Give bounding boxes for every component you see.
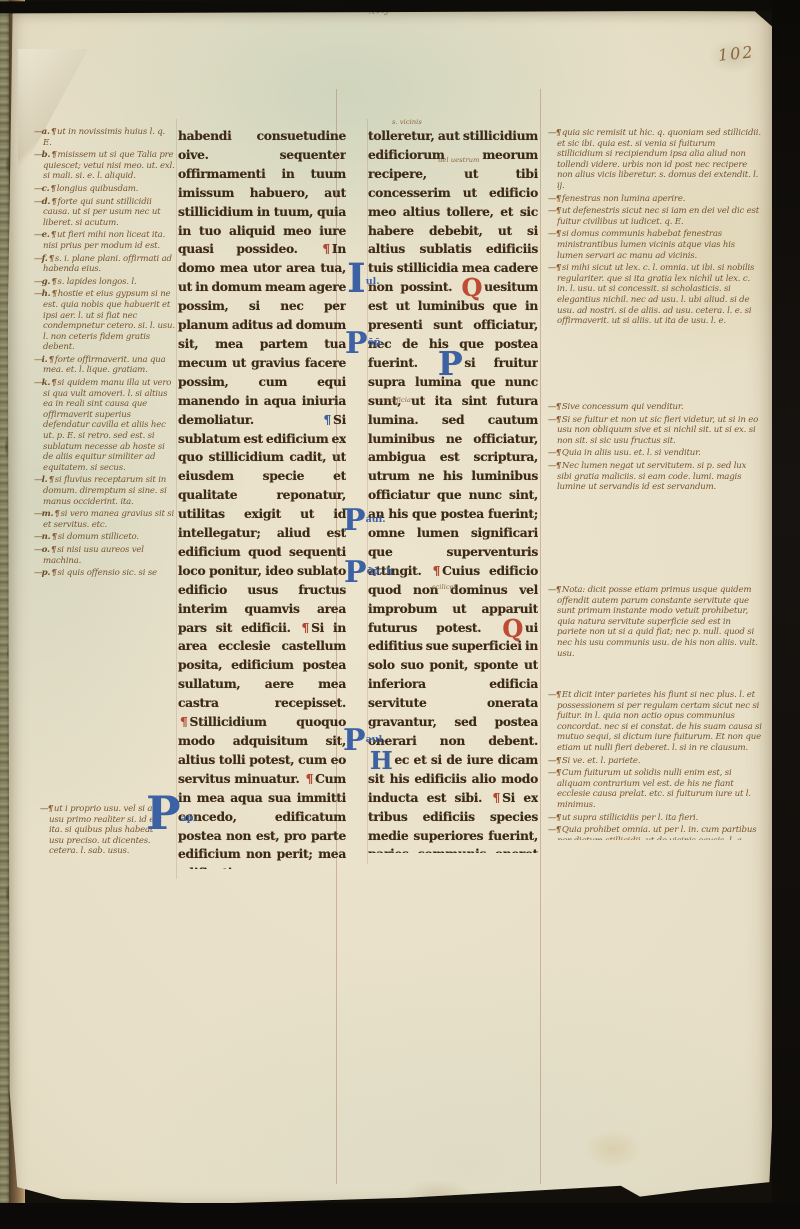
- tie-mark: —: [34, 184, 42, 194]
- left-margin-gloss-bottom: —¶ut i proprio usu. vel si a. usu primo …: [40, 804, 162, 866]
- gloss-entry: —¶ut supra stillicidiis per l. ita fieri…: [548, 813, 762, 824]
- jurist-suffix: ul.: [366, 276, 380, 287]
- gloss-key: e.: [42, 230, 51, 240]
- red-pilcrow: ¶: [300, 620, 312, 635]
- tie-mark: —: [34, 509, 42, 519]
- jurist-suffix: aul.: [366, 734, 386, 745]
- tie-mark: —: [548, 128, 556, 138]
- gloss-text: ut i proprio usu. vel si a. usu primo re…: [49, 804, 162, 856]
- gloss-entry: —¶Et dicit inter parietes his fiunt si n…: [548, 690, 762, 754]
- jurist-suffix: ōp̄. h: [367, 566, 394, 577]
- gloss-key: g.: [42, 277, 52, 287]
- gloss-text: si mihi sicut ut lex. c. l. omnia. ut ib…: [557, 263, 754, 326]
- left-margin-gloss: —a.¶ut in novissimis huius l. q. E.—b.¶m…: [34, 127, 176, 579]
- jurist-abbreviation: Paul.: [343, 510, 386, 534]
- jurist-suffix: aul.: [366, 514, 386, 525]
- gloss-text: si fluvius receptarum sit in domum. dire…: [43, 475, 167, 506]
- gloss-text: Cum fuiturum ut solidis nulli enim est, …: [557, 768, 751, 810]
- gloss-text: ut defenestris sicut nec si iam en dei v…: [557, 206, 759, 227]
- gloss-entry: —¶ut i proprio usu. vel si a. usu primo …: [40, 804, 162, 857]
- gloss-entry: —¶fenestras non lumina aperire.: [548, 194, 762, 205]
- gloss-entry: —i.¶forte offirmaverit. una qua mea. et.…: [34, 355, 176, 376]
- tie-mark: —: [34, 289, 42, 299]
- body-text: ui edifitius sue superficiei in solo suo…: [368, 620, 538, 748]
- tie-mark: —: [34, 355, 42, 365]
- gloss-key: h.: [42, 289, 52, 299]
- gloss-key: k.: [42, 378, 52, 388]
- body-text: si fruitur supra lumina que nunc sunt, u…: [368, 355, 538, 578]
- photo-background: [772, 0, 800, 1229]
- jurist-initial: P: [343, 723, 366, 758]
- red-pilcrow: ¶: [178, 714, 190, 729]
- jurist-initial: P: [344, 555, 367, 590]
- tie-mark: —: [34, 532, 42, 542]
- tie-mark: —: [40, 804, 48, 814]
- gloss-text: si quidem manu illa ut vero si qua vult …: [43, 378, 171, 473]
- photo-background: [0, 1203, 800, 1229]
- gloss-text: misissem ut si que Talia pre quiescet; v…: [43, 150, 175, 181]
- gloss-text: quia sic remisit ut hic. q. quoniam sed …: [557, 128, 761, 191]
- gloss-text: hostie et eius gypsum si ne est. quia no…: [43, 289, 175, 352]
- gloss-entry: —g.¶s. lapides longos. l.: [34, 277, 176, 288]
- gloss-text: Si ve. et. l. pariete.: [562, 756, 640, 766]
- gloss-key: b.: [42, 150, 52, 160]
- red-pilcrow: ¶: [431, 563, 443, 578]
- gloss-entry: —¶Sive concessum qui venditur.: [548, 402, 762, 413]
- gloss-text: s. lapides longos. l.: [57, 277, 136, 287]
- manuscript-photo: xiij 102 habendi consuetudine oive. sequ…: [0, 0, 800, 1229]
- tie-mark: —: [548, 825, 556, 835]
- stain: [583, 1129, 643, 1169]
- gloss-entry: —¶Si se fuitur et non ut sic fieri videt…: [548, 415, 762, 447]
- tie-mark: —: [548, 756, 556, 766]
- body-text: In domo mea utor area tua, ut in domum m…: [178, 241, 346, 426]
- tie-mark: —: [34, 545, 42, 555]
- tie-mark: —: [34, 475, 42, 485]
- gloss-entry: —k.¶si quidem manu illa ut vero si qua v…: [34, 378, 176, 473]
- gloss-entry: —h.¶hostie et eius gypsum si ne est. qui…: [34, 289, 176, 353]
- gloss-text: forte offirmaverit. una qua mea. et. l. …: [43, 355, 166, 376]
- jurist-abbreviation: Pōp̄. h: [344, 562, 393, 586]
- gloss-text: Nec lumen negat ut servitutem. si p. sed…: [557, 461, 746, 492]
- gloss-text: Quia in aliis usu. et. l. si venditur.: [562, 448, 701, 458]
- tie-mark: —: [34, 568, 42, 578]
- right-margin-gloss-block: —¶Et dicit inter parietes his fiunt si n…: [548, 690, 762, 840]
- gloss-entry: —¶Si ve. et. l. pariete.: [548, 756, 762, 767]
- tie-mark: —: [548, 448, 556, 458]
- gloss-key: n.: [42, 532, 52, 542]
- tie-mark: —: [548, 402, 556, 412]
- gloss-text: s. i. plane plani. offirmati ad habenda …: [43, 254, 172, 275]
- tie-mark: —: [34, 150, 42, 160]
- jurist-abbreviation: Iul.: [347, 268, 380, 296]
- tie-mark: —: [34, 378, 42, 388]
- tie-mark: —: [34, 230, 42, 240]
- gloss-entry: —d.¶forte qui sunt stillicidii causa. ut…: [34, 197, 176, 229]
- tie-mark: —: [548, 813, 556, 823]
- gloss-text: Si se fuitur et non ut sic fieri videtur…: [557, 415, 758, 446]
- body-text: habendi consuetudine oive. sequenter off…: [178, 128, 346, 256]
- tie-mark: —: [548, 768, 556, 778]
- gloss-text: forte qui sunt stillicidii causa. ut si …: [43, 197, 160, 228]
- gloss-entry: —b.¶misissem ut si que Talia pre quiesce…: [34, 150, 176, 182]
- tie-mark: —: [548, 194, 556, 204]
- tie-mark: —: [548, 461, 556, 471]
- gloss-entry: —¶si domus communis habebat fenestras mi…: [548, 229, 762, 261]
- gloss-entry: —¶Quia in aliis usu. et. l. si venditur.: [548, 448, 762, 459]
- gloss-text: Quia prohibet omnia. ut per l. in. cum p…: [557, 825, 756, 840]
- gloss-entry: —¶Nec lumen negat ut servitutem. si p. s…: [548, 461, 762, 493]
- interlinear-gloss: uel uestrum: [438, 156, 479, 164]
- gloss-text: si domus communis habebat fenestras mini…: [557, 229, 735, 260]
- gloss-entry: —a.¶ut in novissimis huius l. q. E.: [34, 127, 176, 148]
- tie-mark: —: [548, 585, 556, 595]
- tie-mark: —: [34, 127, 42, 137]
- gloss-entry: —m.¶si vero manea gravius sit si et serv…: [34, 509, 176, 530]
- tie-mark: —: [548, 229, 556, 239]
- tie-mark: —: [548, 690, 556, 700]
- gloss-entry: —p.¶si quis offensio sic. si se alterius…: [34, 568, 176, 579]
- tie-mark: —: [548, 415, 556, 425]
- gloss-entry: —c.¶longius quibusdam.: [34, 184, 176, 195]
- gloss-text: si quis offensio sic. si se alterius gra…: [43, 568, 165, 579]
- jurist-abbreviation: Pōp̄.: [345, 333, 384, 357]
- gloss-key: f.: [42, 254, 49, 264]
- gloss-text: ut supra stillicidiis per l. ita fieri.: [562, 813, 698, 823]
- ruling-line: [540, 89, 541, 1184]
- red-pilcrow: ¶: [320, 241, 332, 256]
- gloss-entry: —¶Nota: dicit posse etiam primus usque q…: [548, 585, 762, 659]
- tie-mark: —: [34, 254, 42, 264]
- tie-mark: —: [34, 277, 42, 287]
- gloss-text: ut in novissimis huius l. q. E.: [43, 127, 165, 148]
- red-pilcrow: ¶: [304, 771, 316, 786]
- jurist-initial: P: [146, 786, 181, 840]
- tie-mark: —: [548, 206, 556, 216]
- right-margin-gloss-block: —¶Sive concessum qui venditur.—¶Si se fu…: [548, 402, 762, 574]
- gloss-text: longius quibusdam.: [57, 184, 139, 194]
- red-pilcrow: ¶: [491, 790, 503, 805]
- body-text: tolleretur, aut stillicidium edificiorum…: [368, 128, 538, 294]
- gloss-text: si domum stilliceto.: [58, 532, 139, 542]
- jurist-abbreviation: Pap̄.: [146, 802, 197, 833]
- tie-mark: —: [34, 197, 42, 207]
- interlinear-gloss: s. edificia: [378, 396, 411, 404]
- gloss-key: p.: [42, 568, 52, 578]
- gloss-entry: —¶ut defenestris sicut nec si iam en dei…: [548, 206, 762, 227]
- interlinear-gloss: scilicet: [432, 583, 456, 591]
- jurist-abbreviation: Paul.: [343, 730, 386, 754]
- gloss-key: m.: [42, 509, 55, 519]
- gloss-key: d.: [42, 197, 52, 207]
- folio-number: 102: [717, 42, 755, 65]
- gloss-entry: —¶si mihi sicut ut lex. c. l. omnia. ut …: [548, 263, 762, 327]
- gloss-text: fenestras non lumina aperire.: [562, 194, 685, 204]
- jurist-initial: P: [345, 326, 368, 361]
- gloss-entry: —¶Quia prohibet omnia. ut per l. in. cum…: [548, 825, 762, 840]
- gloss-text: ut fieri mihi non liceat ita. nisi prius…: [43, 230, 165, 251]
- text-column-2: tolleretur, aut stillicidium edificiorum…: [368, 127, 538, 853]
- jurist-suffix: ap̄.: [181, 813, 197, 824]
- jurist-suffix: ōp̄.: [368, 337, 384, 348]
- ruling-line: [176, 119, 177, 879]
- gloss-entry: —o.¶si nisi usu aureos vel machina.: [34, 545, 176, 566]
- gloss-key: a.: [42, 127, 51, 137]
- interlinear-gloss: s. vicinis: [392, 118, 422, 126]
- gloss-text: si nisi usu aureos vel machina.: [43, 545, 144, 566]
- gloss-entry: —f.¶s. i. plane plani. offirmati ad habe…: [34, 254, 176, 275]
- gloss-entry: —¶quia sic remisit ut hic. q. quoniam se…: [548, 128, 762, 192]
- gloss-entry: —e.¶ut fieri mihi non liceat ita. nisi p…: [34, 230, 176, 251]
- right-margin-gloss-block: —¶quia sic remisit ut hic. q. quoniam se…: [548, 128, 762, 398]
- tie-mark: —: [548, 263, 556, 273]
- gloss-text: Nota: dicit posse etiam primus usque qui…: [557, 585, 757, 659]
- jurist-initial: I: [347, 255, 366, 302]
- blue-pilcrow: ¶: [322, 412, 334, 427]
- gloss-entry: —¶Cum fuiturum ut solidis nulli enim est…: [548, 768, 762, 810]
- text-column-1: habendi consuetudine oive. sequenter off…: [178, 127, 346, 869]
- right-margin-gloss-block: —¶Nota: dicit posse etiam primus usque q…: [548, 585, 762, 677]
- gloss-entry: —l.¶si fluvius receptarum sit in domum. …: [34, 475, 176, 507]
- body-text: Si sublatum est edificium ex quo stillic…: [178, 412, 346, 635]
- gloss-entry: —n.¶si domum stilliceto.: [34, 532, 176, 543]
- gloss-text: si vero manea gravius sit si et servitus…: [43, 509, 174, 530]
- gloss-text: Sive concessum qui venditur.: [562, 402, 684, 412]
- gloss-key: o.: [42, 545, 51, 555]
- jurist-initial: P: [343, 503, 366, 538]
- gloss-text: Et dicit inter parietes his fiunt si nec…: [557, 690, 762, 753]
